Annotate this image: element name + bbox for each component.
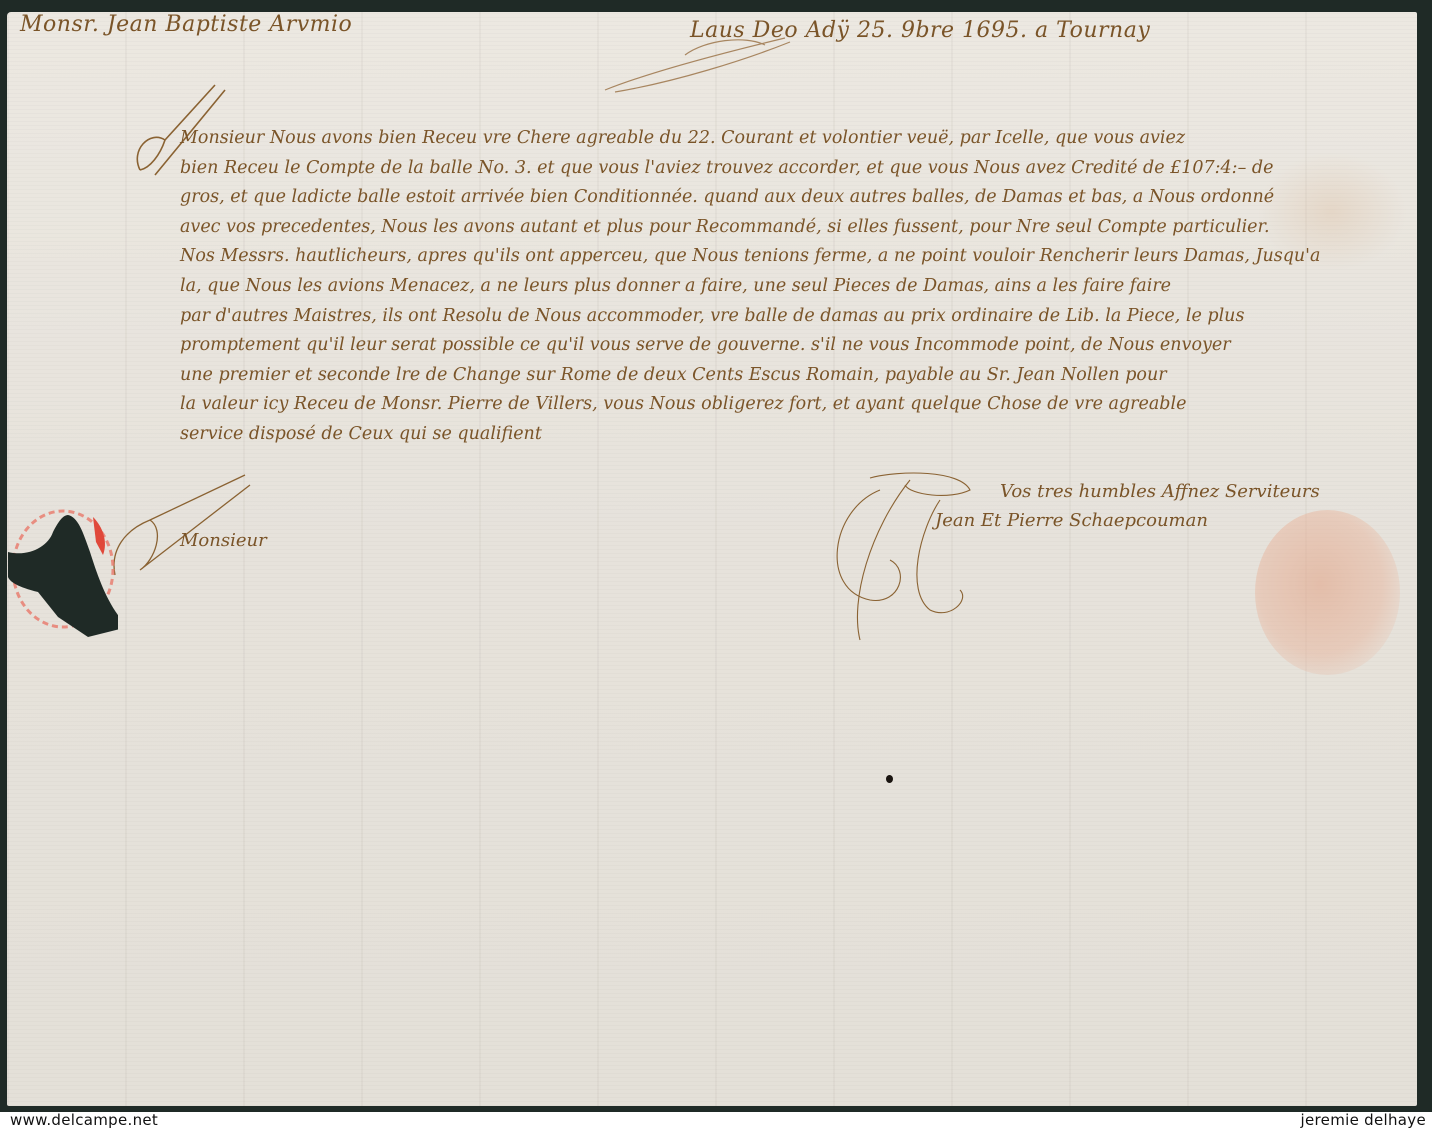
watermark-left: www.delcampe.net bbox=[10, 1111, 158, 1129]
body-line: Monsieur Nous avons bien Receu vre Chere… bbox=[180, 124, 1390, 154]
signature: Jean Et Pierre Schaepcouman bbox=[935, 510, 1208, 531]
watermark-right: jeremie delhaye bbox=[1301, 1111, 1426, 1129]
body-line: avec vos precedentes, Nous les avons aut… bbox=[180, 213, 1390, 243]
ink-blot bbox=[886, 775, 893, 783]
body-line: service disposé de Ceux qui se qualifien… bbox=[180, 420, 1390, 450]
body-line: une premier et seconde lre de Change sur… bbox=[180, 361, 1390, 391]
wax-seal-remnant bbox=[8, 497, 118, 642]
closing-formula: Vos tres humbles Affnez Serviteurs bbox=[1000, 481, 1320, 502]
body-line: bien Receu le Compte de la balle No. 3. … bbox=[180, 154, 1390, 184]
body-line: promptement qu'il leur serat possible ce… bbox=[180, 331, 1390, 361]
dateline: Laus Deo Adÿ 25. 9bre 1695. a Tournay bbox=[690, 18, 1150, 43]
body-line: la, que Nous les avions Menacez, a ne le… bbox=[180, 272, 1390, 302]
body-line: gros, et que ladicte balle estoit arrivé… bbox=[180, 183, 1390, 213]
bottom-salutation: Monsieur bbox=[180, 530, 267, 551]
recipient-address: Monsr. Jean Baptiste Arvmio bbox=[20, 12, 352, 37]
body-line: Nos Messrs. hautlicheurs, apres qu'ils o… bbox=[180, 242, 1390, 272]
body-line: la valeur icy Receu de Monsr. Pierre de … bbox=[180, 390, 1390, 420]
wax-stain bbox=[1255, 510, 1400, 675]
letter-body: Monsieur Nous avons bien Receu vre Chere… bbox=[180, 124, 1390, 450]
body-line: par d'autres Maistres, ils ont Resolu de… bbox=[180, 302, 1390, 332]
